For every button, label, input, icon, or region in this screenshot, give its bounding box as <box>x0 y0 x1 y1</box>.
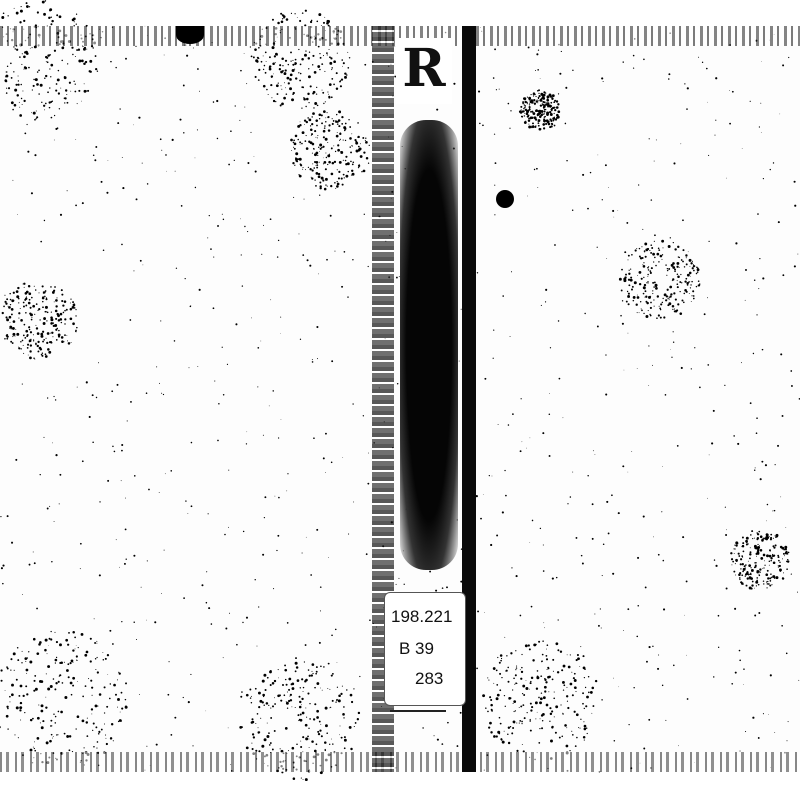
spine-title-glyph: R <box>400 36 448 102</box>
call-number-label: 198.221 B 39 283 <box>384 592 466 706</box>
spine-dark-stripe <box>400 120 458 570</box>
call-number-line-1: 198.221 <box>391 607 471 627</box>
ink-blot <box>176 26 204 44</box>
call-number-line-3: 283 <box>415 669 495 689</box>
call-number-line-2: B 39 <box>399 639 479 659</box>
ink-spot <box>496 190 514 208</box>
scanned-book-cover: R 198.221 B 39 283 <box>0 0 800 800</box>
label-underline <box>390 710 446 712</box>
